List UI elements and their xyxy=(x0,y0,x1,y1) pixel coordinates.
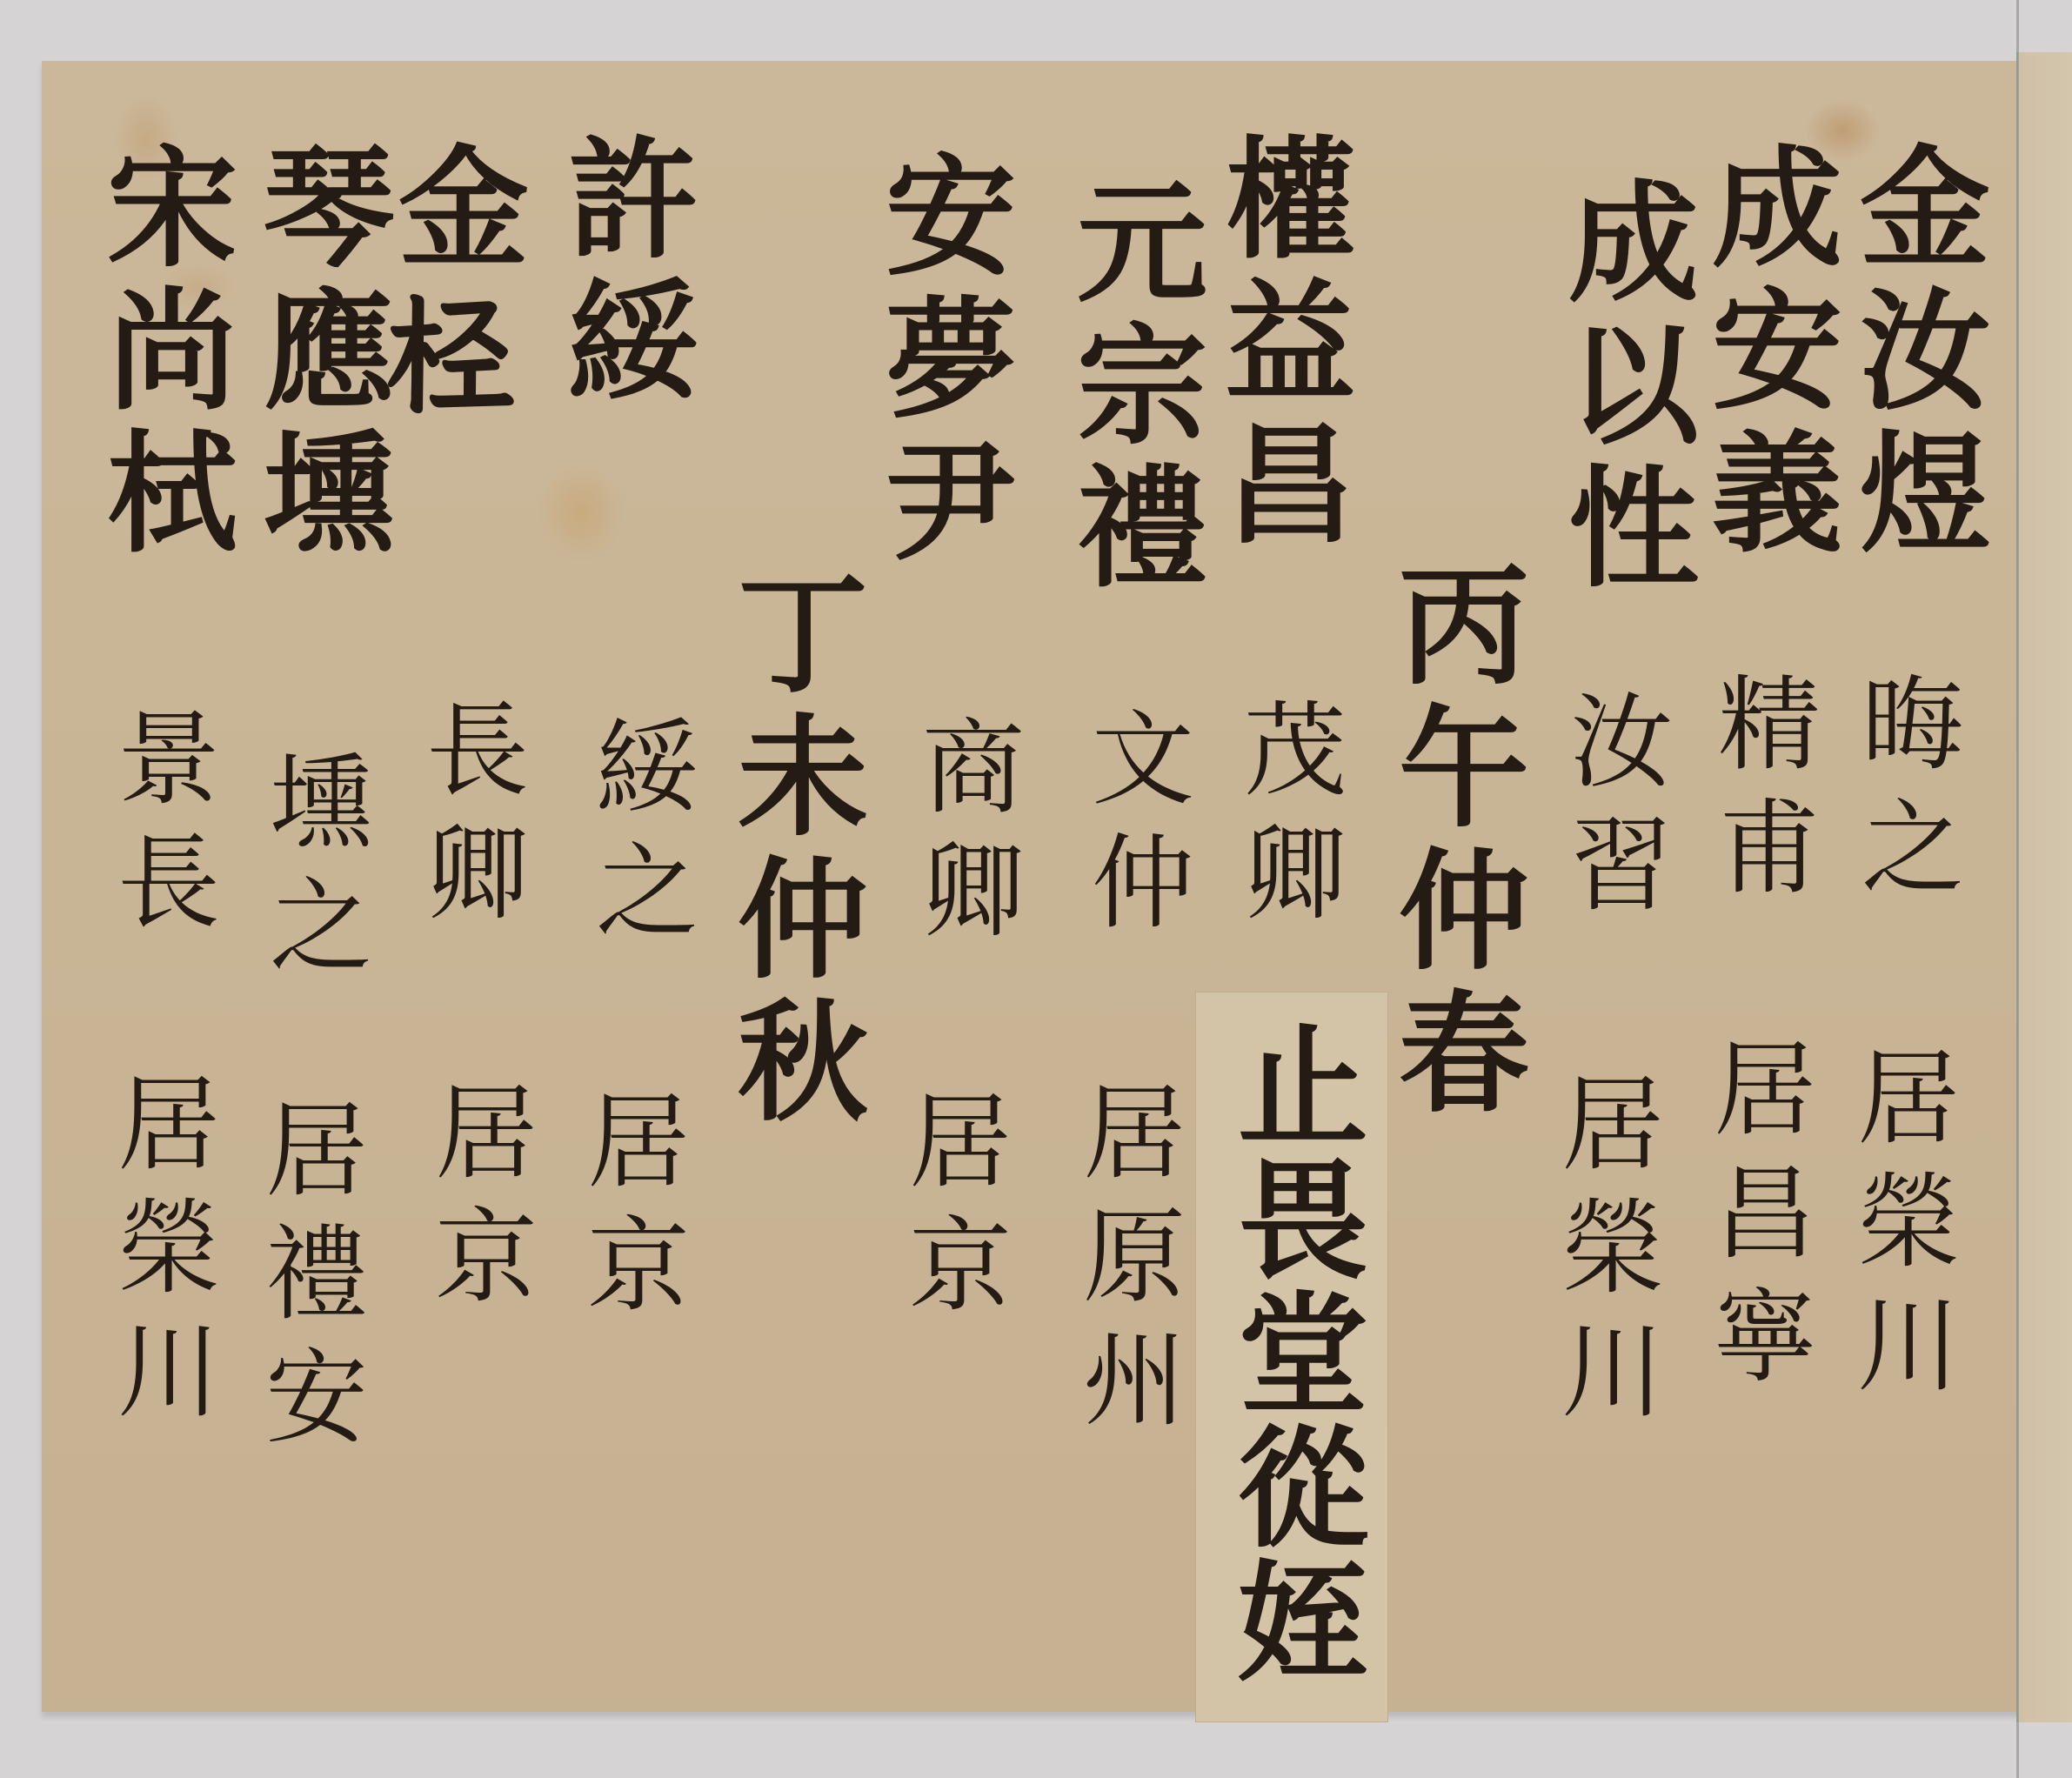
courtesy-name: 長卿 xyxy=(418,696,520,943)
name: 元宗禮 xyxy=(1066,174,1196,602)
courtesy-name: 壎之 xyxy=(261,748,364,995)
residence: 居京 xyxy=(900,1087,1003,1334)
courtesy-name: 商卿 xyxy=(913,713,1016,960)
residence: 居京 xyxy=(578,1087,681,1334)
residence: 居榮川 xyxy=(1848,1044,1951,1414)
courtesy-name: 茂卿 xyxy=(1235,696,1338,943)
adjacent-sheet-edge xyxy=(2016,52,2072,1722)
residence: 居昌寧 xyxy=(1705,1035,1808,1406)
courtesy-name: 文仲 xyxy=(1083,705,1186,952)
courtesy-name: 汝習 xyxy=(1561,687,1664,934)
name: 金汝煜 xyxy=(1848,139,1979,567)
date-label: 丙午仲春 xyxy=(1387,557,1518,1127)
courtesy-name: 景長 xyxy=(109,705,211,952)
name: 安夢尹 xyxy=(874,148,1005,576)
name: 金𣐕 xyxy=(387,139,518,424)
courtesy-name: 精甫 xyxy=(1709,670,1812,917)
courtesy-name: 晦之 xyxy=(1853,670,1955,917)
courtesy-name: 綏之 xyxy=(587,713,690,960)
name: 宋尚栻 xyxy=(96,139,226,567)
date-label: 丁未仲秋 xyxy=(726,565,857,1136)
name: 權益昌 xyxy=(1213,130,1344,558)
name: 成以性 xyxy=(1557,174,1688,602)
residence: 居榮川 xyxy=(109,1070,211,1440)
patch-note: 止畏堂從姪 xyxy=(1226,1018,1357,1688)
name: 許綏 xyxy=(557,130,687,416)
name: 成安義 xyxy=(1701,139,1831,567)
residence: 居榮川 xyxy=(1553,1070,1655,1440)
residence: 居原州 xyxy=(1074,1079,1177,1449)
name: 琴應壎 xyxy=(252,139,383,567)
display-glass-edge xyxy=(2016,0,2019,1778)
residence: 居禮安 xyxy=(257,1096,359,1467)
residence: 居京 xyxy=(426,1079,529,1326)
